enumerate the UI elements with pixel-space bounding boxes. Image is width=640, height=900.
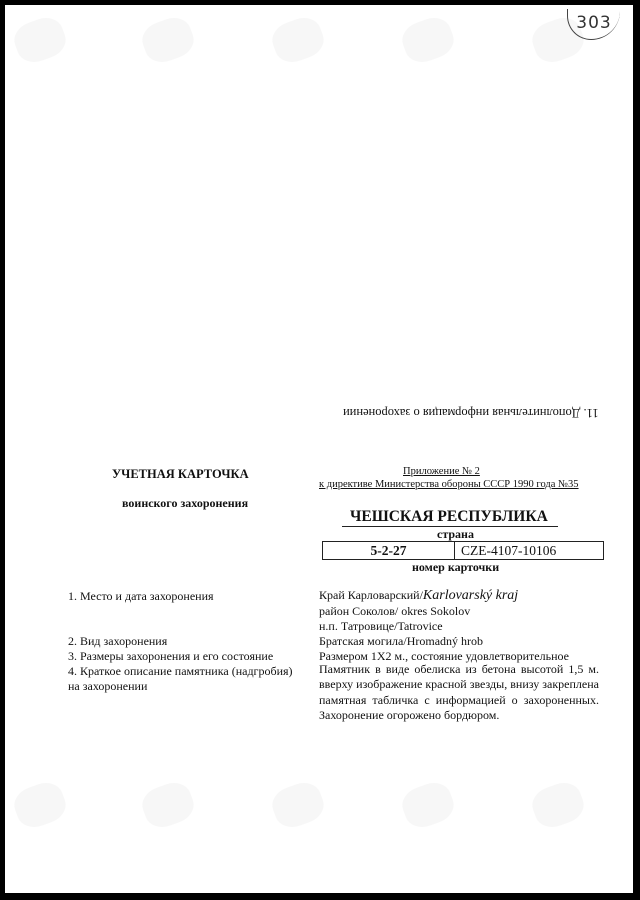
watermark (268, 13, 329, 68)
monument-description: Памятник в виде обелиска из бетона высот… (319, 662, 599, 723)
watermark (528, 778, 589, 833)
place-settlement: н.п. Татровице/Tatrovice (319, 619, 443, 634)
upside-down-note: 11. Дополнительная информация о захороне… (343, 405, 599, 420)
place-region-cz: Karlovarský kraj (423, 588, 518, 603)
watermark (398, 778, 459, 833)
place-region: Край Карловарский/Karlovarský kraj (319, 588, 518, 604)
watermark (138, 778, 199, 833)
field-label-place: 1. Место и дата захоронения (68, 589, 214, 604)
watermark (138, 13, 199, 68)
place-region-ru: Край Карловарский/ (319, 588, 423, 602)
field-label-description: 4. Краткое описание памятника (надгробия… (68, 664, 293, 679)
card-subtitle: воинского захоронения (122, 496, 248, 511)
field-label-type: 2. Вид захоронения (68, 634, 167, 649)
field-label-size: 3. Размеры захоронения и его состояние (68, 649, 273, 664)
card-number-label: номер карточки (412, 560, 499, 575)
appendix-label: Приложение № 2 (403, 466, 480, 477)
burial-type: Братская могила/Hromadný hrob (319, 634, 483, 649)
card-code-1: 5-2-27 (323, 542, 455, 559)
card-number-box: 5-2-27 CZE-4107-10106 (322, 541, 604, 560)
watermark (10, 13, 71, 68)
field-label-description-cont: на захоронении (68, 679, 147, 694)
directive-label: к директиве Министерства обороны СССР 19… (319, 479, 579, 490)
card-title: УЧЕТНАЯ КАРТОЧКА (112, 467, 249, 482)
country-label: страна (437, 527, 474, 542)
document-page: 303 11. Дополнительная информация о захо… (5, 5, 633, 893)
card-code-2: CZE-4107-10106 (455, 542, 603, 559)
country-value: ЧЕШСКАЯ РЕСПУБЛИКА (342, 508, 558, 527)
place-district: район Соколов/ okres Sokolov (319, 604, 470, 619)
watermark (398, 13, 459, 68)
watermark (268, 778, 329, 833)
watermark (10, 778, 71, 833)
